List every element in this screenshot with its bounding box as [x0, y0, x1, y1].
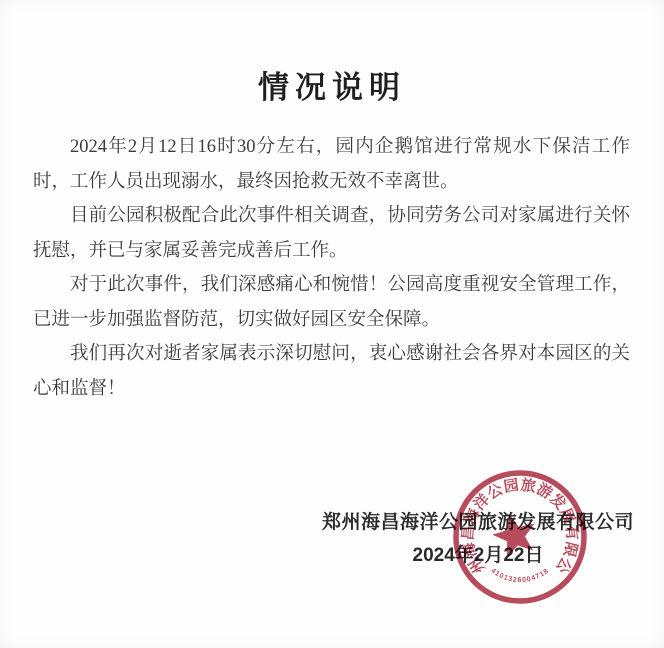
seal-graphic: 郑州海昌海洋公园旅游发展有限公司 4101326004718: [450, 467, 590, 607]
official-seal-stamp: 郑州海昌海洋公园旅游发展有限公司 4101326004718: [450, 467, 590, 607]
paragraph-condolence-safety: 对于此次事件，我们深感痛心和惋惜！公园高度重视安全管理工作，已进一步加强监督防范…: [33, 268, 630, 337]
seal-registration-number: 4101326004718: [489, 567, 550, 584]
paragraph-thanks: 我们再次对逝者家属表示深切慰问，衷心感谢社会各界对本园区的关心和监督！: [33, 337, 630, 406]
document-title: 情况说明: [0, 62, 664, 107]
seal-star-icon: [488, 508, 541, 560]
document-body: 2024年2月12日16时30分左右，园内企鹅馆进行常规水下保洁工作时，工作人员…: [33, 130, 630, 406]
statement-document: 情况说明 2024年2月12日16时30分左右，园内企鹅馆进行常规水下保洁工作时…: [0, 0, 664, 648]
paragraph-investigation: 目前公园积极配合此次事件相关调查，协同劳务公司对家属进行关怀抚慰，并已与家属妥善…: [33, 199, 630, 268]
seal-company-arc-text: 郑州海昌海洋公园旅游发展有限公司: [450, 467, 581, 577]
paragraph-incident: 2024年2月12日16时30分左右，园内企鹅馆进行常规水下保洁工作时，工作人员…: [33, 130, 630, 199]
